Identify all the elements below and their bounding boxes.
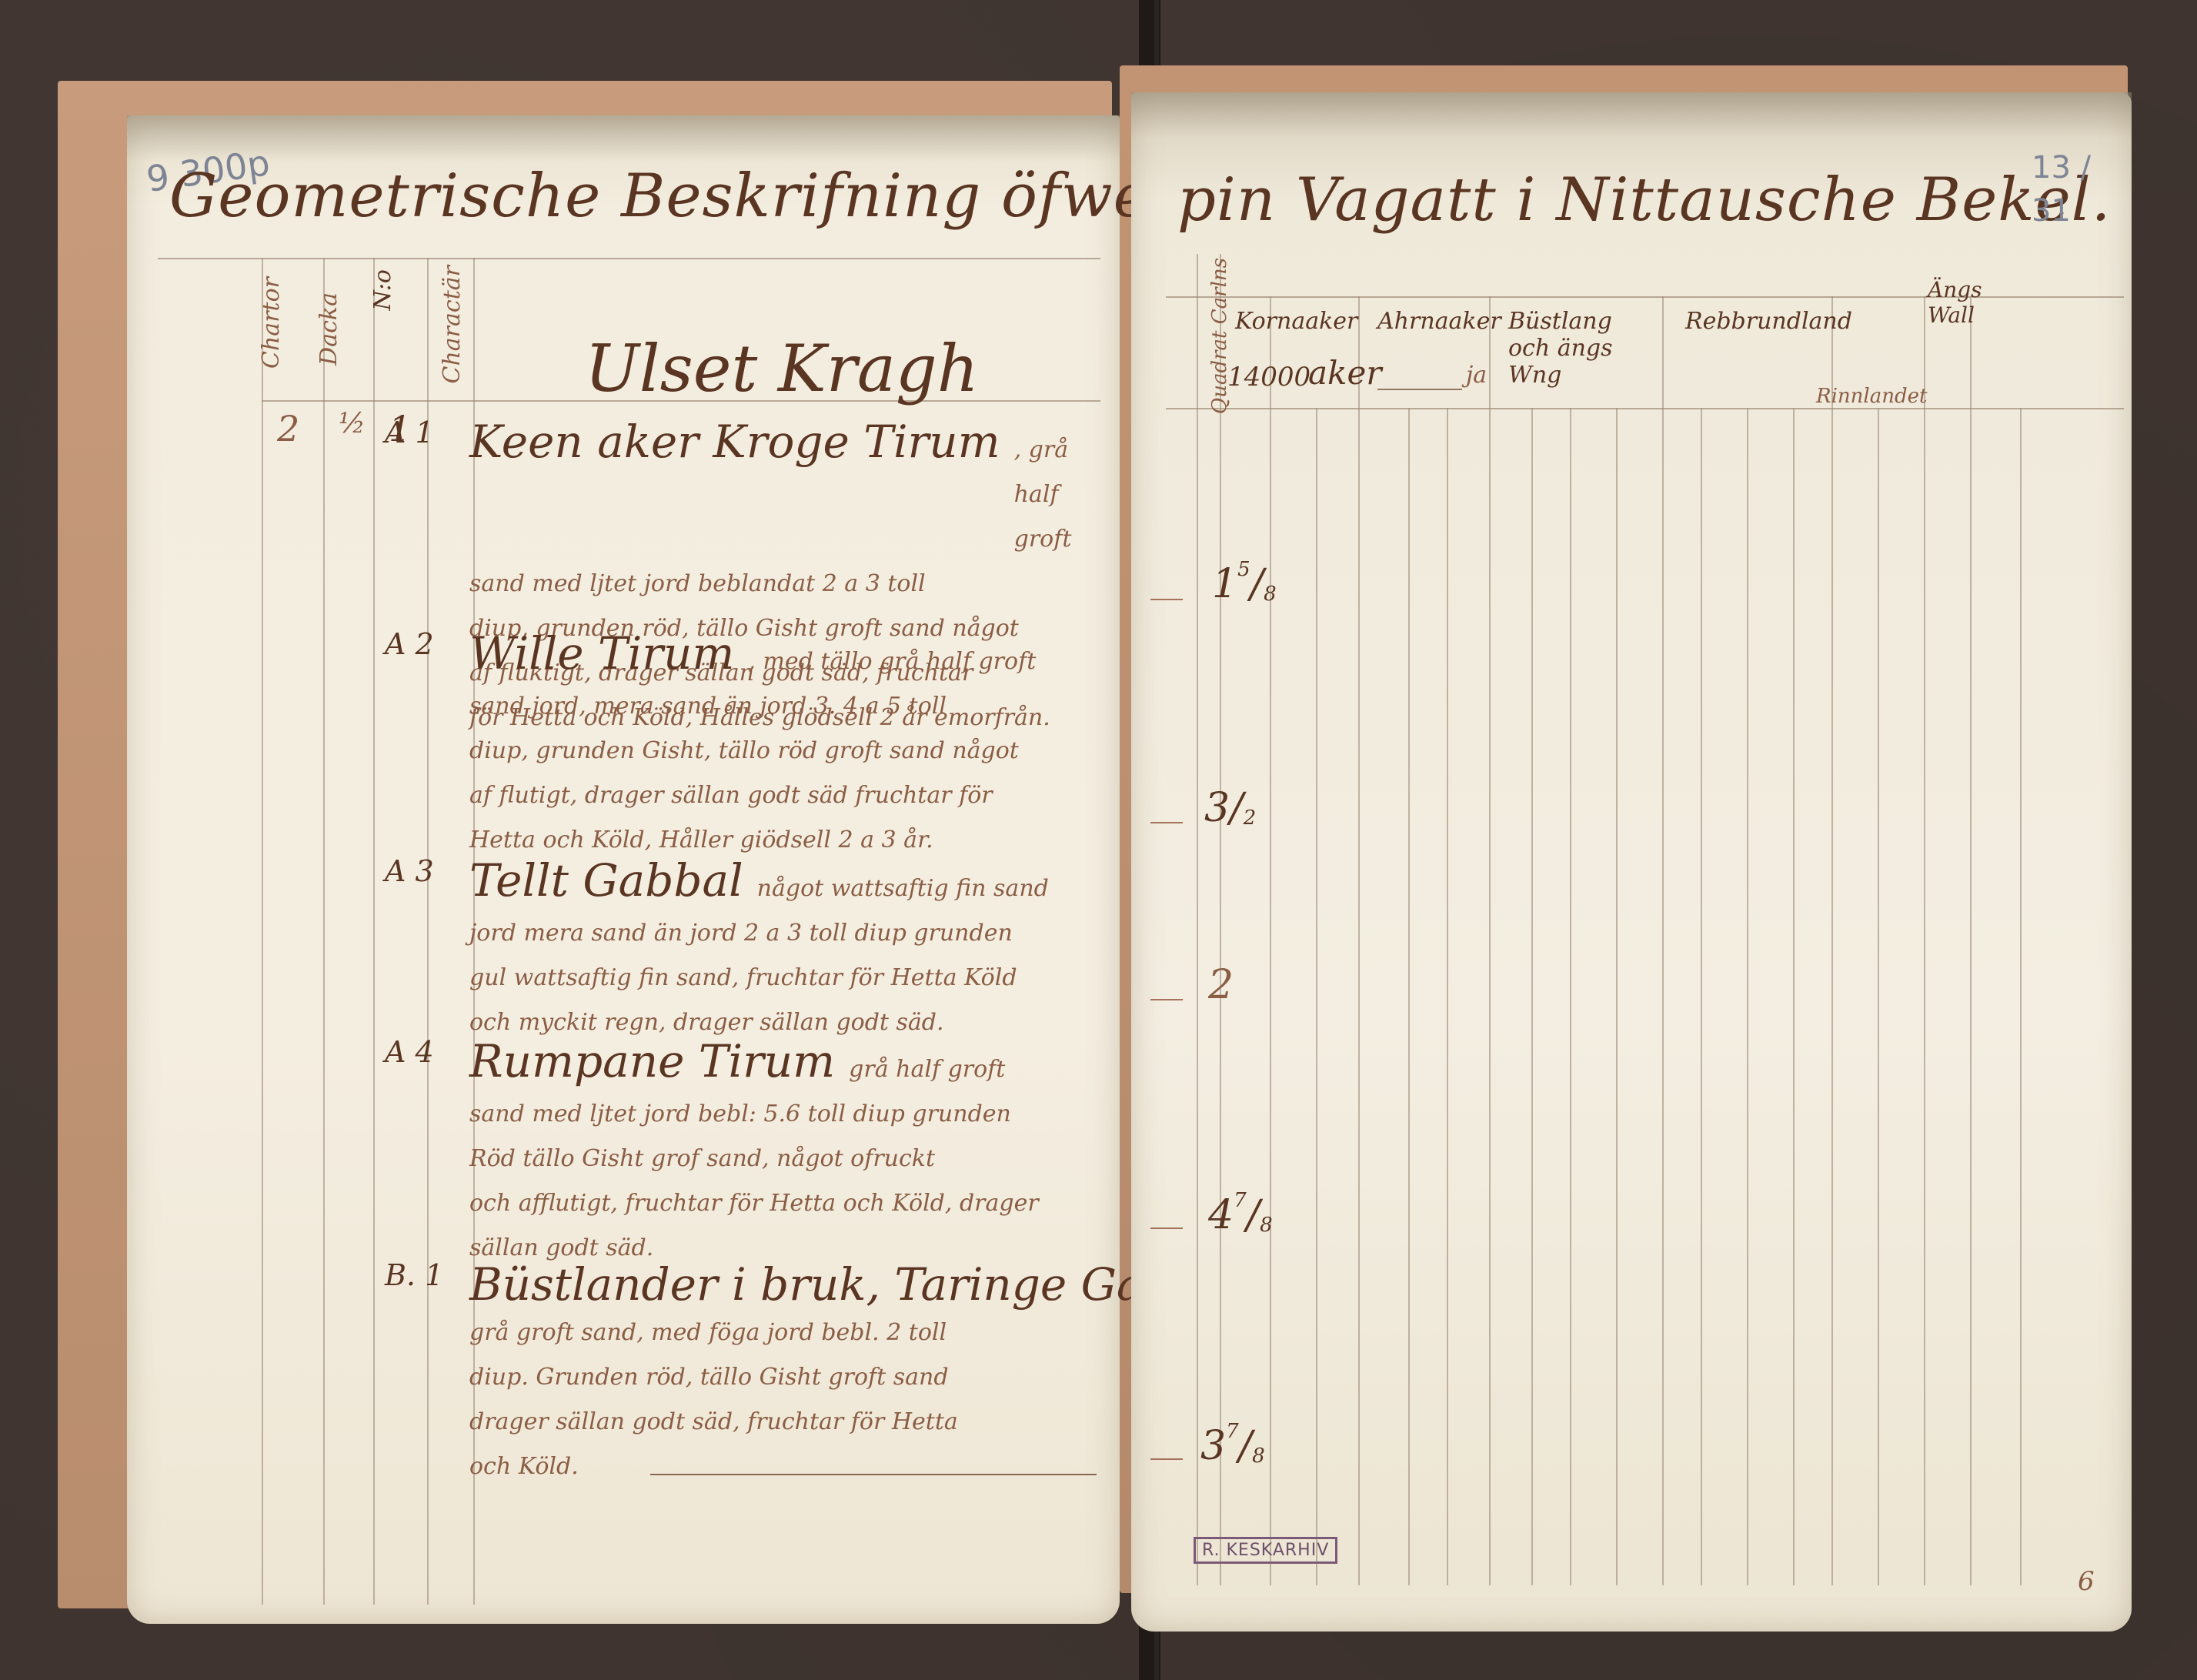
entry-end-rule xyxy=(650,1474,1097,1475)
entry-line: jord mera sand än jord 2 a 3 toll diup g… xyxy=(469,911,1108,956)
column-header-kornaaker: Kornaaker xyxy=(1235,308,1357,335)
page-number: 6 xyxy=(2078,1566,2095,1597)
entry-code: B. 1 xyxy=(385,1258,443,1292)
fraction-denominator: 8 xyxy=(1252,1445,1265,1468)
entry-code: A 4 xyxy=(385,1035,434,1069)
entry-code: A 2 xyxy=(385,627,434,661)
ja-label: ja xyxy=(1466,362,1487,389)
entry-code: A 1 xyxy=(385,416,434,449)
column-rule xyxy=(1358,296,1360,1585)
dacka-value: ½ xyxy=(339,408,366,439)
entry-line: grå half groft xyxy=(849,1047,1005,1092)
entry-name: Büstlander i bruk, Taringe Gabbal xyxy=(469,1258,1241,1311)
column-header-number: N:o xyxy=(369,269,396,310)
column-rule xyxy=(1316,408,1317,1585)
column-rule xyxy=(1831,296,1833,1585)
column-rule xyxy=(1616,408,1618,1585)
rinnlandet-label: Rinnlandet xyxy=(1816,385,1927,408)
column-rule xyxy=(1793,408,1795,1585)
column-rule xyxy=(1701,408,1702,1585)
header-rule-top xyxy=(158,258,1100,259)
entry-line: , grå half groft xyxy=(1014,428,1108,562)
column-rule xyxy=(1662,296,1664,1585)
column-header-dacka: Dacka xyxy=(316,292,342,366)
column-header-bustlang: Büstlang och ängs Wng xyxy=(1508,308,1654,389)
column-header-angs-wall: Ängs Wall xyxy=(1928,277,1997,328)
entry-line: sand med ljtet jord bebl: 5.6 toll diup … xyxy=(469,1092,1108,1137)
column-header-character: Charactär xyxy=(439,266,466,383)
column-rule xyxy=(1197,254,1198,1585)
area-fraction: 2 xyxy=(1208,962,1234,1008)
column-rule xyxy=(1970,296,1972,1585)
column-rule xyxy=(323,258,325,1605)
column-rule xyxy=(1531,408,1533,1585)
fraction-denominator: 2 xyxy=(1244,807,1257,830)
column-rule xyxy=(1447,408,1448,1585)
entry-line: Röd tällo Gisht grof sand, något ofruckt xyxy=(469,1137,1108,1181)
entry-name: Wille Tirum xyxy=(469,627,734,680)
area-fraction: 47/8 xyxy=(1208,1189,1273,1238)
column-rule xyxy=(373,258,375,1605)
area-fraction: 15/8 xyxy=(1212,558,1277,607)
row-marker xyxy=(1150,1227,1183,1229)
entry-name: Keen aker Kroge Tirum xyxy=(469,416,1000,468)
fraction-denominator: 8 xyxy=(1260,1214,1273,1237)
aker-label: aker xyxy=(1308,354,1381,392)
row-marker xyxy=(1150,1458,1183,1460)
entry-code: A 3 xyxy=(385,854,434,888)
area-fraction: 37/8 xyxy=(1200,1420,1265,1469)
entry-line: gul wattsaftig fin sand, fruchtar för He… xyxy=(469,956,1108,1000)
column-rule xyxy=(1270,296,1271,1585)
column-rule xyxy=(1489,296,1491,1585)
column-rule xyxy=(1408,408,1410,1585)
row-marker xyxy=(1150,999,1183,1000)
column-rule xyxy=(1570,408,1571,1585)
column-rule xyxy=(427,258,429,1605)
entry-line: sand med ljtet jord beblandat 2 a 3 toll xyxy=(469,562,1108,606)
dash-rule xyxy=(1377,389,1462,390)
archive-pencil-note-right: 13 / 31 xyxy=(2032,146,2093,232)
header-rule-bottom xyxy=(1166,408,2124,409)
fraction-numerator: 5 xyxy=(1237,558,1250,581)
fraction-denominator: 8 xyxy=(1264,583,1277,606)
entry-line: något wattsaftig fin sand xyxy=(757,867,1049,911)
area-fraction: 3/2 xyxy=(1204,785,1256,831)
fraction-whole: 3 xyxy=(1200,1423,1226,1469)
fraction-whole: 4 xyxy=(1208,1192,1234,1238)
entry-name: Rumpane Tirum xyxy=(469,1035,835,1087)
section-title: Ulset Kragh xyxy=(585,331,979,406)
entry-line: och afflutigt, fruchtar för Hetta och Kö… xyxy=(469,1181,1108,1226)
entry-line: af flutigt, drager sällan godt säd fruch… xyxy=(469,773,1108,818)
entry-line: diup, grunden Gisht, tällo röd groft san… xyxy=(469,729,1108,773)
entry-b1: B. 1 Büstlander i bruk, Taringe Gabbal g… xyxy=(469,1258,1108,1489)
entry-a3: A 3 Tellt Gabbal något wattsaftig fin sa… xyxy=(469,854,1108,1045)
entry-a4: A 4 Rumpane Tirum grå half groft sand me… xyxy=(469,1035,1108,1271)
column-rule xyxy=(2020,408,2022,1585)
fraction-whole: 3 xyxy=(1204,785,1230,831)
fraction-whole: 1 xyxy=(1212,561,1237,607)
fraction-whole: 2 xyxy=(1208,962,1234,1008)
row-marker xyxy=(1150,822,1183,823)
column-rule xyxy=(1878,408,1879,1585)
archive-stamp: R. KESKARHIV xyxy=(1194,1537,1337,1564)
page-title-right: pin Vagatt i Nittausche Bekel. xyxy=(1177,165,2111,235)
entry-line: diup. Grunden röd, tällo Gisht groft san… xyxy=(469,1355,1108,1400)
entry-line: drager sällan godt säd, fruchtar för Het… xyxy=(469,1400,1108,1445)
column-header-chartor: Chartor xyxy=(258,277,285,369)
row-marker xyxy=(1150,599,1183,600)
column-rule xyxy=(1220,254,1221,1585)
fraction-numerator: 7 xyxy=(1234,1189,1247,1212)
page-edge-wear xyxy=(1131,92,2132,139)
fraction-numerator: 7 xyxy=(1226,1420,1239,1443)
entry-a2: A 2 Wille Tirum , med tällo grå half gro… xyxy=(469,627,1108,863)
chartor-value: 2 xyxy=(277,408,299,449)
column-header-rebbrundland: Rebbrundland xyxy=(1685,308,1816,335)
entry-line: sand jord, mera sand än jord 3. 4 a 5 to… xyxy=(469,684,1108,729)
entry-line: och Köld. xyxy=(469,1445,1108,1489)
column-rule xyxy=(1747,408,1748,1585)
quadrat-value: 14000 xyxy=(1227,362,1311,392)
column-rule xyxy=(262,258,263,1605)
entry-line: grå groft sand, med föga jord bebl. 2 to… xyxy=(469,1311,1108,1355)
column-header-ahrnaaker: Ahrnaaker xyxy=(1377,308,1501,335)
page-edge-wear xyxy=(127,115,1120,162)
entry-name: Tellt Gabbal xyxy=(469,854,743,907)
entry-line: , med tällo grå half groft xyxy=(748,640,1036,684)
column-rule xyxy=(1924,296,1925,1585)
